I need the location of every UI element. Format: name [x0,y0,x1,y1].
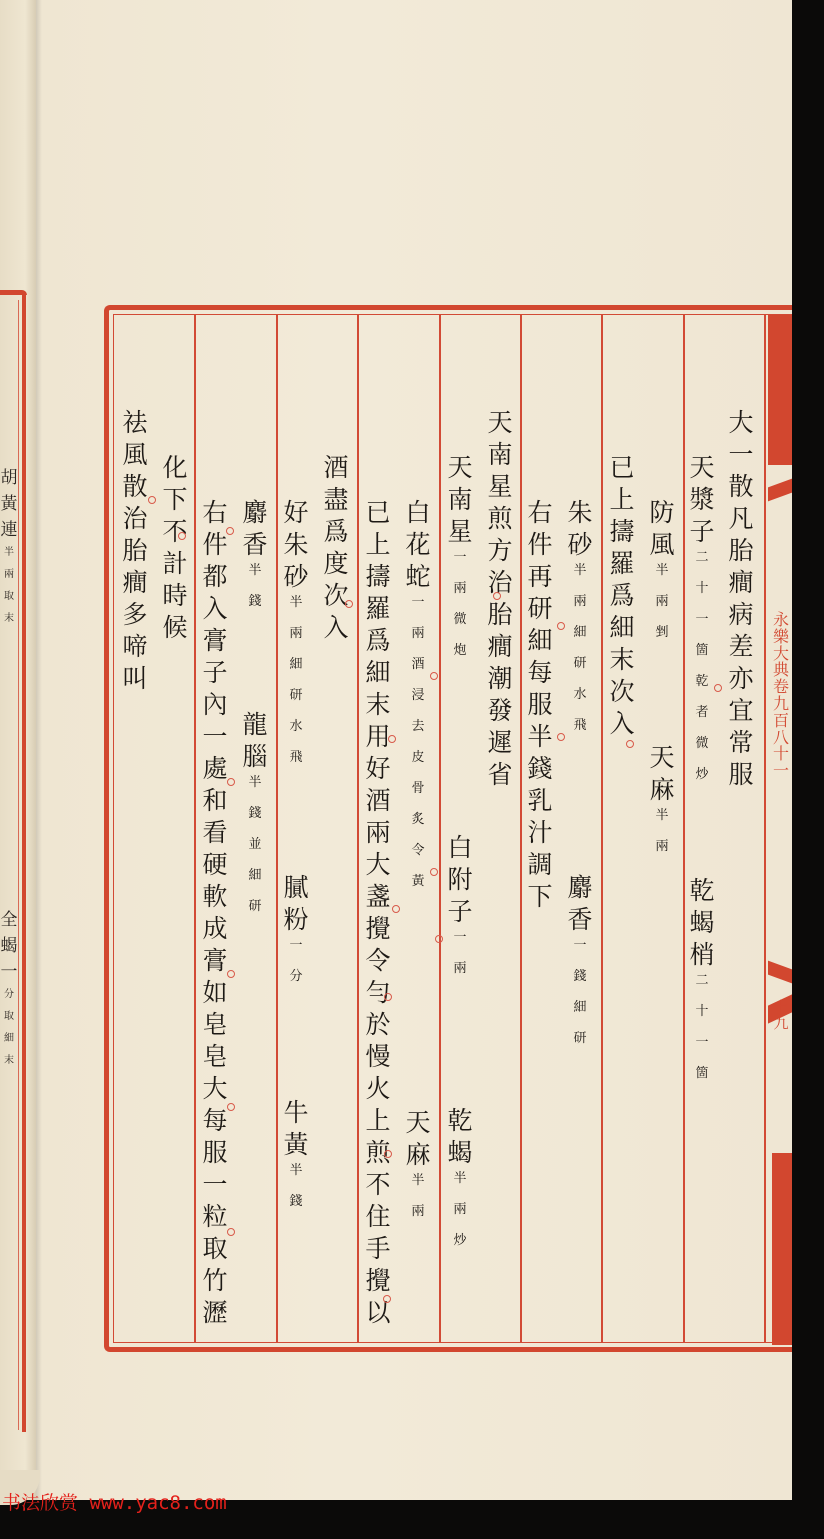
punctuation-circle-mark [178,532,186,540]
annotation-character: 半 [248,776,261,789]
column-rule [683,315,685,1342]
main-character: 南 [447,487,472,512]
page-number-label: 十九 [770,1000,792,1032]
annotation-character: 乾 [695,675,708,688]
annotation-character: 分 [289,970,302,983]
main-character: 子 [689,519,714,544]
annotation-character: 研 [248,900,261,913]
main-character: 成 [202,916,227,941]
main-character: 啼 [122,634,147,659]
main-character: 黃 [283,1132,308,1157]
text-column-c1: 大一散凡胎癎病差亦宜常服 [726,410,756,794]
main-character: 天 [487,410,512,435]
main-character: 爲 [323,519,348,544]
annotation-character: 一 [289,939,302,952]
annotation-character: 飛 [573,719,586,732]
annotation-character: 浸 [411,689,424,702]
main-character: 次 [609,679,634,704]
punctuation-circle-mark [383,1295,391,1303]
main-character: 叫 [122,666,147,691]
main-character: 乾 [689,878,714,903]
main-character: 看 [202,820,227,845]
annotation-character: 炮 [453,644,466,657]
main-character: 末 [609,647,634,672]
main-character: 附 [447,867,472,892]
annotation-character: 錢 [573,970,586,983]
main-character: 住 [365,1204,390,1229]
main-character: 香 [567,907,592,932]
main-character: 大 [202,1076,227,1101]
main-character: 子 [202,660,227,685]
main-character: 汁 [527,820,552,845]
column-rule [194,315,196,1342]
annotation-character: 半 [573,564,586,577]
punctuation-circle-mark [384,993,392,1001]
annotation-character: 細 [573,1001,586,1014]
main-character: 防 [649,500,674,525]
volume-title-label: 永樂大典卷九百八十一 [770,612,792,780]
main-character: 令 [365,948,390,973]
main-character: 天 [649,745,674,770]
prev-page-annotation: 末 [4,1056,14,1066]
previous-page-line-2: 全蝎一分取細末 [0,912,18,1078]
annotation-character: 十 [695,1005,708,1018]
main-character: 每 [527,660,552,685]
main-character: 竹 [202,1268,227,1293]
main-character: 乾 [447,1108,472,1133]
main-character: 右 [527,500,552,525]
annotation-character: 微 [453,613,466,626]
main-character: 下 [162,487,187,512]
main-character: 錢 [527,756,552,781]
main-character: 都 [202,564,227,589]
main-character: 細 [527,628,552,653]
annotation-character: 兩 [289,627,302,640]
main-character: 一 [202,1172,227,1197]
main-character: 硬 [202,852,227,877]
annotation-character: 錢 [248,807,261,820]
annotation-character: 一 [453,551,466,564]
text-column-c3a: 防風半兩剉 [647,500,677,657]
main-character: 時 [162,583,187,608]
main-character: 服 [202,1140,227,1165]
annotation-character: 半 [655,809,668,822]
annotation-character: 水 [573,688,586,701]
main-character: 亦 [728,666,753,691]
prev-page-character: 黃 [1,496,18,513]
main-character: 皂 [202,1044,227,1069]
main-character: 一 [728,442,753,467]
main-character: 粉 [283,907,308,932]
band-character: 一 [773,763,789,780]
punctuation-circle-mark [430,868,438,876]
text-column-c8b: 白附子一兩 [445,835,475,993]
main-character: 右 [202,500,227,525]
main-character: 砂 [567,532,592,557]
punctuation-circle-mark [435,935,443,943]
main-character: 上 [609,487,634,512]
main-character: 癎 [487,634,512,659]
previous-page-frame-inner-line [18,300,19,1430]
annotation-character: 細 [248,869,261,882]
annotation-character: 半 [289,1164,302,1177]
punctuation-circle-mark [388,735,396,743]
main-character: 朱 [283,532,308,557]
main-character: 麝 [242,500,267,525]
main-character: 羅 [365,596,390,621]
main-character: 細 [609,615,634,640]
annotation-character: 半 [655,564,668,577]
text-column-c9a: 白花蛇一兩酒浸去皮骨炙令黃 [403,500,433,906]
punctuation-circle-mark [430,672,438,680]
text-column-c13b: 龍腦半錢並細研 [240,712,270,931]
annotation-character: 兩 [453,1203,466,1216]
main-character: 細 [365,660,390,685]
annotation-character: 者 [695,706,708,719]
prev-page-character: 連 [1,522,18,539]
main-character: 上 [365,1108,390,1133]
punctuation-circle-mark [227,1103,235,1111]
main-character: 胎 [728,538,753,563]
annotation-character: 去 [411,720,424,733]
main-character: 再 [527,564,552,589]
annotation-character: 一 [695,1036,708,1049]
main-character: 和 [202,788,227,813]
punctuation-circle-mark [227,1228,235,1236]
lower-fishtail-block [772,1153,792,1345]
main-character: 上 [365,532,390,557]
main-character: 癎 [728,570,753,595]
text-column-c12c: 牛黃半錢 [281,1100,311,1226]
main-character: 不 [365,1172,390,1197]
main-character: 內 [202,692,227,717]
annotation-character: 黃 [411,875,424,888]
annotation-character: 兩 [655,840,668,853]
column-rule [276,315,278,1342]
main-character: 入 [609,711,634,736]
main-character: 件 [202,532,227,557]
prev-page-character: 一 [1,964,18,981]
main-character: 入 [323,615,348,640]
punctuation-circle-mark [227,778,235,786]
main-character: 計 [162,551,187,576]
annotation-character: 箇 [695,644,708,657]
text-column-c8c: 乾蝎半兩炒 [445,1108,475,1265]
text-column-c6: 右件再研細每服半錢乳汁調下 [525,500,555,916]
main-character: 差 [728,634,753,659]
text-column-c5b: 麝香一錢細研 [565,875,595,1063]
scan-background-right [792,0,824,1539]
main-character: 龍 [242,712,267,737]
main-character: 大 [365,852,390,877]
main-character: 已 [365,500,390,525]
main-character: 好 [365,756,390,781]
annotation-character: 微 [695,737,708,750]
prev-page-annotation: 取 [4,1012,14,1022]
main-character: 處 [202,756,227,781]
main-character: 胎 [487,602,512,627]
annotation-character: 十 [695,582,708,595]
column-rule [439,315,441,1342]
main-character: 入 [202,596,227,621]
main-character: 膏 [202,628,227,653]
main-character: 腦 [242,744,267,769]
main-character: 病 [728,602,753,627]
text-column-c12b: 膩粉一分 [281,875,311,1001]
main-character: 爲 [609,583,634,608]
main-character: 如 [202,980,227,1005]
main-character: 候 [162,615,187,640]
main-character: 星 [447,519,472,544]
text-column-c14: 右件都入膏子內一處和看硬軟成膏如皂皂大每服一粒取竹瀝 [200,500,230,1332]
text-column-c2a: 天漿子二十一箇乾者微炒 [687,455,717,799]
annotation-character: 兩 [453,962,466,975]
main-character: 蛇 [405,564,430,589]
text-column-c13a: 麝香半錢 [240,500,270,626]
main-character: 攪 [365,916,390,941]
annotation-character: 研 [573,1032,586,1045]
main-character: 盡 [323,487,348,512]
main-character: 瀝 [202,1300,227,1325]
main-character: 治 [122,506,147,531]
main-character: 白 [405,500,430,525]
annotation-character: 炒 [695,768,708,781]
main-character: 服 [728,762,753,787]
annotation-character: 錢 [289,1195,302,1208]
main-character: 散 [122,474,147,499]
annotation-character: 半 [248,564,261,577]
main-character: 天 [447,455,472,480]
text-column-c10: 已上擣羅爲細末用好酒兩大盞攪令勻於慢火上煎不住手攪以 [363,500,393,1332]
prev-page-annotation: 半 [4,548,14,558]
annotation-character: 令 [411,844,424,857]
prev-page-character: 全 [1,912,18,929]
text-column-c9b: 天麻半兩 [403,1110,433,1236]
main-character: 擣 [609,519,634,544]
annotation-character: 一 [695,613,708,626]
main-character: 砂 [283,564,308,589]
punctuation-circle-mark [345,600,353,608]
main-character: 於 [365,1012,390,1037]
main-character: 風 [649,532,674,557]
main-character: 漿 [689,487,714,512]
punctuation-circle-mark [493,592,501,600]
main-character: 天 [405,1110,430,1135]
main-character: 風 [122,442,147,467]
main-character: 胎 [122,538,147,563]
main-character: 常 [728,730,753,755]
main-character: 發 [487,698,512,723]
annotation-character: 半 [289,596,302,609]
annotation-character: 並 [248,838,261,851]
main-character: 粒 [202,1204,227,1229]
main-character: 梢 [689,942,714,967]
annotation-character: 酒 [411,658,424,671]
previous-page-frame-border [22,292,26,1432]
main-character: 宜 [728,698,753,723]
main-character: 朱 [567,500,592,525]
page-gutter-shadow [36,0,42,1500]
text-column-c3b: 天麻半兩 [647,745,677,871]
main-character: 潮 [487,666,512,691]
main-character: 兩 [365,820,390,845]
main-character: 化 [162,455,187,480]
main-character: 皂 [202,1012,227,1037]
text-column-c4: 已上擣羅爲細末次入 [607,455,637,743]
main-character: 天 [689,455,714,480]
annotation-character: 細 [289,658,302,671]
main-character: 祛 [122,410,147,435]
main-character: 大 [728,410,753,435]
punctuation-circle-mark [226,527,234,535]
main-character: 蝎 [689,910,714,935]
main-character: 麻 [405,1142,430,1167]
prev-page-annotation: 分 [4,990,14,1000]
punctuation-circle-mark [392,905,400,913]
prev-page-annotation: 細 [4,1034,14,1044]
prev-page-annotation: 取 [4,592,14,602]
main-character: 件 [527,532,552,557]
previous-page-line-1: 胡黃連半兩取末 [0,470,18,636]
punctuation-circle-mark [714,684,722,692]
main-character: 子 [447,899,472,924]
text-column-c5a: 朱砂半兩細研水飛 [565,500,595,750]
main-character: 每 [202,1108,227,1133]
main-character: 癎 [122,570,147,595]
prev-page-character: 胡 [1,470,18,487]
annotation-character: 皮 [411,751,424,764]
punctuation-circle-mark [626,740,634,748]
main-character: 遲 [487,730,512,755]
upper-fishtail-block [768,315,792,465]
main-character: 爲 [365,628,390,653]
main-character: 凡 [728,506,753,531]
watermark-text: 书法欣赏 www.yac8.com [2,1488,227,1515]
annotation-character: 二 [695,974,708,987]
lower-fishtail-tip [768,961,792,984]
main-character: 方 [487,538,512,563]
text-column-c12a: 好朱砂半兩細研水飛 [281,500,311,782]
main-character: 煎 [487,506,512,531]
upper-fishtail-tip [768,479,792,502]
main-character: 下 [527,884,552,909]
main-character: 慢 [365,1044,390,1069]
annotation-character: 兩 [655,595,668,608]
main-character: 省 [487,762,512,787]
annotation-character: 箇 [695,1067,708,1080]
main-character: 以 [365,1300,390,1325]
main-character: 酒 [323,455,348,480]
text-column-c11: 酒盡爲度次入 [321,455,351,647]
annotation-character: 骨 [411,782,424,795]
main-character: 多 [122,602,147,627]
main-character: 蝎 [447,1140,472,1165]
annotation-character: 兩 [453,582,466,595]
annotation-character: 兩 [411,1205,424,1218]
main-character: 膩 [283,875,308,900]
main-character: 膏 [202,948,227,973]
punctuation-circle-mark [557,622,565,630]
main-character: 牛 [283,1100,308,1125]
annotation-character: 研 [289,689,302,702]
annotation-character: 錢 [248,595,261,608]
annotation-character: 兩 [573,595,586,608]
prev-page-annotation: 末 [4,614,14,624]
annotation-character: 飛 [289,751,302,764]
annotation-character: 二 [695,551,708,564]
annotation-character: 水 [289,720,302,733]
annotation-character: 炒 [453,1234,466,1247]
main-character: 擣 [365,564,390,589]
annotation-character: 半 [411,1174,424,1187]
band-character: 九 [773,1016,788,1032]
main-character: 麻 [649,777,674,802]
main-character: 度 [323,551,348,576]
center-band [768,305,792,1352]
main-character: 火 [365,1076,390,1101]
annotation-character: 一 [411,596,424,609]
annotation-character: 炙 [411,813,424,826]
main-character: 一 [202,724,227,749]
annotation-character: 半 [453,1172,466,1185]
punctuation-circle-mark [227,970,235,978]
main-character: 取 [202,1236,227,1261]
main-character: 香 [242,532,267,557]
main-character: 調 [527,852,552,877]
main-character: 花 [405,532,430,557]
annotation-character: 研 [573,657,586,670]
main-character: 半 [527,724,552,749]
main-character: 盞 [365,884,390,909]
annotation-character: 細 [573,626,586,639]
punctuation-circle-mark [384,1150,392,1158]
column-rule [357,315,359,1342]
main-character: 南 [487,442,512,467]
punctuation-circle-mark [148,496,156,504]
main-character: 星 [487,474,512,499]
main-character: 酒 [365,788,390,813]
column-rule [601,315,603,1342]
column-rule [764,315,766,1342]
main-character: 羅 [609,551,634,576]
annotation-character: 一 [453,931,466,944]
main-character: 乳 [527,788,552,813]
main-character: 麝 [567,875,592,900]
main-character: 散 [728,474,753,499]
main-character: 治 [487,570,512,595]
main-character: 攪 [365,1268,390,1293]
main-character: 軟 [202,884,227,909]
text-column-c2b: 乾蝎梢二十一箇 [687,878,717,1098]
text-column-c15: 化下不計時候 [160,455,190,647]
prev-page-character: 蝎 [1,938,18,955]
text-column-c8a: 天南星一兩微炮 [445,455,475,675]
annotation-character: 剉 [655,626,668,639]
main-character: 服 [527,692,552,717]
annotation-character: 兩 [411,627,424,640]
main-character: 白 [447,835,472,860]
main-character: 已 [609,455,634,480]
text-column-c7: 天南星煎方治胎癎潮發遲省 [485,410,515,794]
main-character: 末 [365,692,390,717]
punctuation-circle-mark [557,733,565,741]
text-column-c16: 祛風散治胎癎多啼叫 [120,410,150,698]
main-character: 手 [365,1236,390,1261]
column-rule [520,315,522,1342]
main-character: 研 [527,596,552,621]
annotation-character: 一 [573,939,586,952]
main-character: 用 [365,724,390,749]
